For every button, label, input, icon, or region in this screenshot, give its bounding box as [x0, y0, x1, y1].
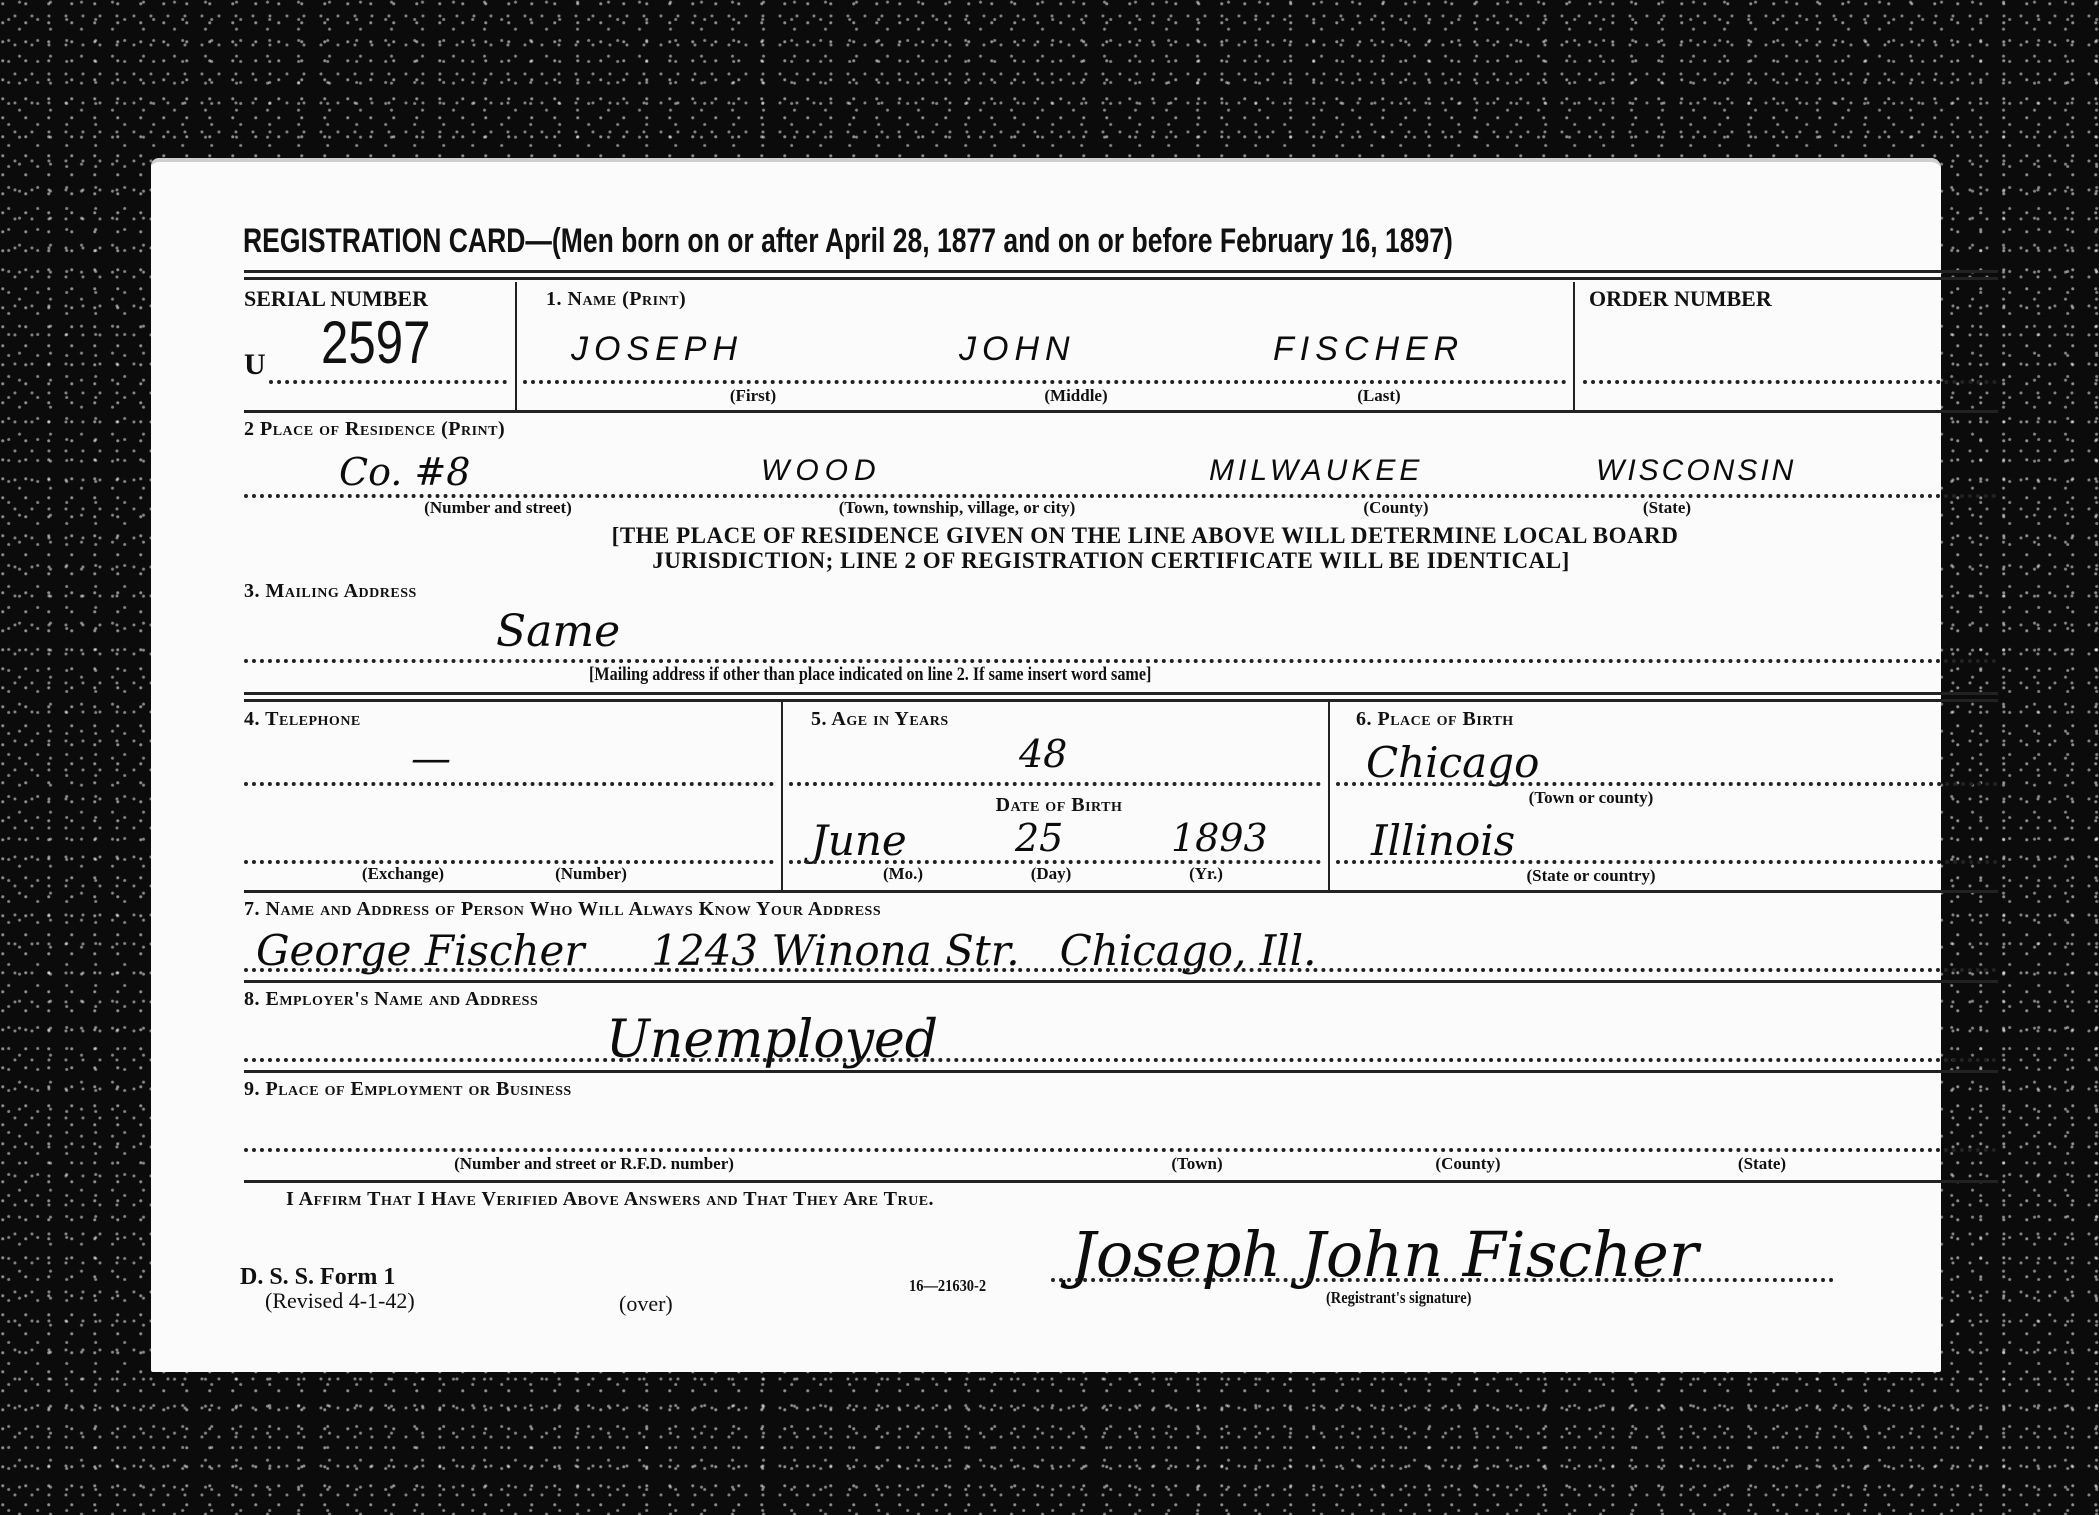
town-label: (Town, township, village, or city) [839, 498, 1076, 518]
serial-prefix: U [244, 348, 266, 382]
birth-town-label: (Town or county) [1529, 788, 1654, 808]
registration-card: REGISTRATION CARD—(Men born on or after … [151, 158, 1941, 1372]
year-label: (Yr.) [1189, 864, 1223, 884]
over-note: (over) [619, 1291, 673, 1317]
age-value: 48 [1019, 732, 1067, 776]
affirmation-text: I Affirm That I Have Verified Above Answ… [286, 1188, 934, 1211]
dob-day: 25 [1015, 816, 1063, 860]
residence-street: Co. #8 [339, 450, 470, 494]
row7-rule [244, 980, 1998, 983]
employer-label: 8. Employer's Name and Address [244, 988, 538, 1011]
contact-label: 7. Name and Address of Person Who Will A… [244, 898, 881, 921]
serial-divider [515, 282, 517, 410]
dob-year: 1893 [1171, 816, 1268, 860]
serial-line [269, 380, 507, 384]
telephone-line1 [244, 782, 774, 786]
employment-place-line [244, 1148, 1998, 1152]
residence-town: WOOD [761, 454, 882, 488]
serial-number: 2597 [321, 308, 430, 377]
dob-label: Date of Birth [996, 794, 1123, 817]
contact-line [244, 968, 1998, 972]
residence-label: 2 Place of Residence (Print) [244, 418, 505, 441]
age-line [789, 782, 1321, 786]
middle-name: JOHN [959, 330, 1076, 369]
day-label: (Day) [1031, 864, 1072, 884]
residence-notice-line2: JURISDICTION; LINE 2 OF REGISTRATION CER… [652, 548, 1570, 574]
employment-county-label: (County) [1435, 1154, 1500, 1174]
employment-place-label: 9. Place of Employment or Business [244, 1078, 572, 1101]
birth-state-line [1336, 860, 1998, 864]
middle-label: (Middle) [1044, 386, 1107, 406]
number-label: (Number) [555, 864, 627, 884]
employment-street-label: (Number and street or R.F.D. number) [454, 1154, 734, 1174]
first-name: JOSEPH [571, 330, 743, 369]
first-label: (First) [730, 386, 776, 406]
telephone-label: 4. Telephone [244, 708, 361, 731]
employer-line [244, 1058, 1998, 1062]
age-label: 5. Age in Years [811, 708, 949, 731]
telephone-value: — [411, 736, 451, 782]
exchange-label: (Exchange) [362, 864, 444, 884]
mailing-line [244, 659, 1998, 663]
month-label: (Mo.) [883, 864, 923, 884]
employment-state-label: (State) [1738, 1154, 1786, 1174]
mailing-note: [Mailing address if other than place ind… [589, 664, 1151, 686]
birthplace-label: 6. Place of Birth [1356, 708, 1514, 731]
title-rule-bottom [244, 277, 1998, 280]
card-title: REGISTRATION CARD—(Men born on or after … [243, 222, 1453, 261]
birth-town: Chicago [1366, 738, 1539, 787]
mailing-rule-bottom [244, 699, 1998, 702]
print-code: 16—21630-2 [909, 1276, 986, 1296]
mailing-rule-top [244, 692, 1998, 695]
form-name: D. S. S. Form 1 [240, 1264, 395, 1291]
telephone-line2 [244, 860, 774, 864]
birth-town-line [1336, 782, 1998, 786]
order-divider [1573, 282, 1575, 410]
birth-state: Illinois [1371, 816, 1515, 865]
last-name: FISCHER [1273, 330, 1464, 369]
dob-month: June [811, 816, 907, 865]
residence-notice-line1: [THE PLACE OF RESIDENCE GIVEN ON THE LIN… [612, 523, 1679, 549]
age-birth-divider [1328, 702, 1330, 890]
row9-rule [244, 1180, 1998, 1183]
row8-rule [244, 1070, 1998, 1073]
state-label: (State) [1643, 498, 1691, 518]
signature-label: (Registrant's signature) [1326, 1288, 1471, 1308]
name-line [523, 380, 1567, 384]
mailing-label: 3. Mailing Address [244, 580, 417, 603]
row4-rule [244, 890, 1998, 893]
name-label: 1. Name (Print) [546, 288, 686, 311]
form-revised: (Revised 4-1-42) [265, 1288, 415, 1314]
county-label: (County) [1363, 498, 1428, 518]
mailing-value: Same [496, 606, 620, 657]
order-label: ORDER NUMBER [1589, 286, 1772, 312]
last-label: (Last) [1357, 386, 1400, 406]
birth-state-label: (State or country) [1526, 866, 1655, 886]
tel-age-divider [781, 702, 783, 890]
residence-state: WISCONSIN [1596, 454, 1796, 488]
order-line [1583, 380, 1997, 384]
title-rule-top [244, 270, 1998, 273]
street-label: (Number and street) [424, 498, 572, 518]
signature-line [1051, 1278, 1834, 1282]
residence-county: MILWAUKEE [1209, 454, 1423, 488]
row1-rule [244, 410, 1998, 413]
employment-town-label: (Town) [1171, 1154, 1222, 1174]
